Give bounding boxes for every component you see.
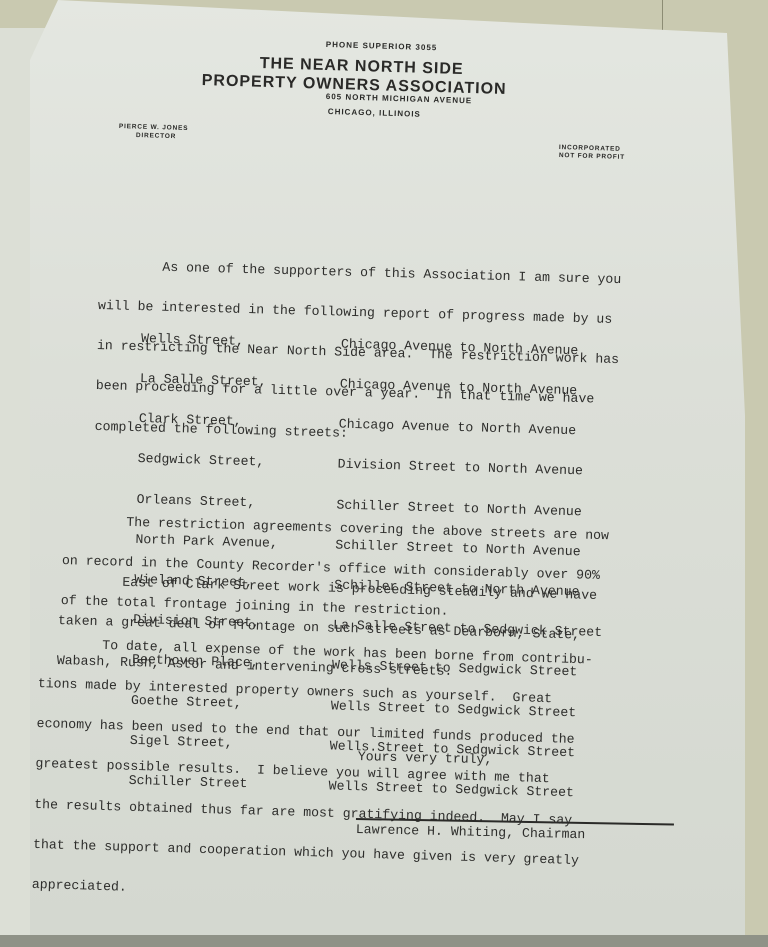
text-line: tions made by interested property owners… — [38, 677, 592, 707]
table-row: Sedgwick Street,Division Street to North… — [138, 452, 607, 478]
not-for-profit-label: NOT FOR PROFIT — [559, 152, 625, 161]
table-row: La Salle Street,Chicago Avenue to North … — [140, 372, 609, 398]
director-name: PIERCE W. JONES — [119, 123, 189, 132]
director-title: DIRECTOR — [136, 132, 176, 140]
table-row: Clark Street,Chicago Avenue to North Ave… — [139, 412, 608, 438]
phone-number: PHONE SUPERIOR 3055 — [326, 40, 438, 52]
table-row: Wells Street,Chicago Avenue to North Ave… — [141, 332, 610, 358]
text-line: the results obtained thus far are most g… — [34, 798, 588, 828]
table-edge — [0, 935, 768, 947]
city-state: CHICAGO, ILLINOIS — [328, 107, 421, 119]
text-line: appreciated. — [32, 878, 586, 908]
text-line: economy has been used to the end that ou… — [36, 717, 590, 747]
street-range: Division Street to North Avenue — [337, 458, 583, 478]
street-name: Sedgwick Street, — [138, 452, 338, 471]
text-line: East of Clark Street work is proceeding … — [59, 574, 597, 602]
letterhead: PHONE SUPERIOR 3055 THE NEAR NORTH SIDE … — [30, 0, 745, 160]
text-line: The restriction agreements covering the … — [63, 514, 609, 543]
text-line: greatest possible results. I believe you… — [35, 757, 589, 787]
street-range: Chicago Avenue to North Avenue — [340, 378, 578, 398]
text-line: that the support and cooperation which y… — [33, 838, 587, 868]
street-name: La Salle Street, — [140, 372, 340, 391]
text-line: As one of the supporters of this Associa… — [99, 259, 621, 287]
street-name: Clark Street, — [139, 412, 339, 431]
street-range: Chicago Avenue to North Avenue — [341, 337, 579, 357]
letter-sheet: PHONE SUPERIOR 3055 THE NEAR NORTH SIDE … — [30, 0, 745, 940]
closing-salutation: Yours very truly, — [358, 750, 493, 767]
paragraph-expenses: To date, all expense of the work has bee… — [31, 610, 594, 935]
street-name: Wells Street, — [141, 332, 341, 351]
street-range: Chicago Avenue to North Avenue — [339, 418, 577, 438]
text-line: To date, all expense of the work has bee… — [39, 637, 593, 667]
